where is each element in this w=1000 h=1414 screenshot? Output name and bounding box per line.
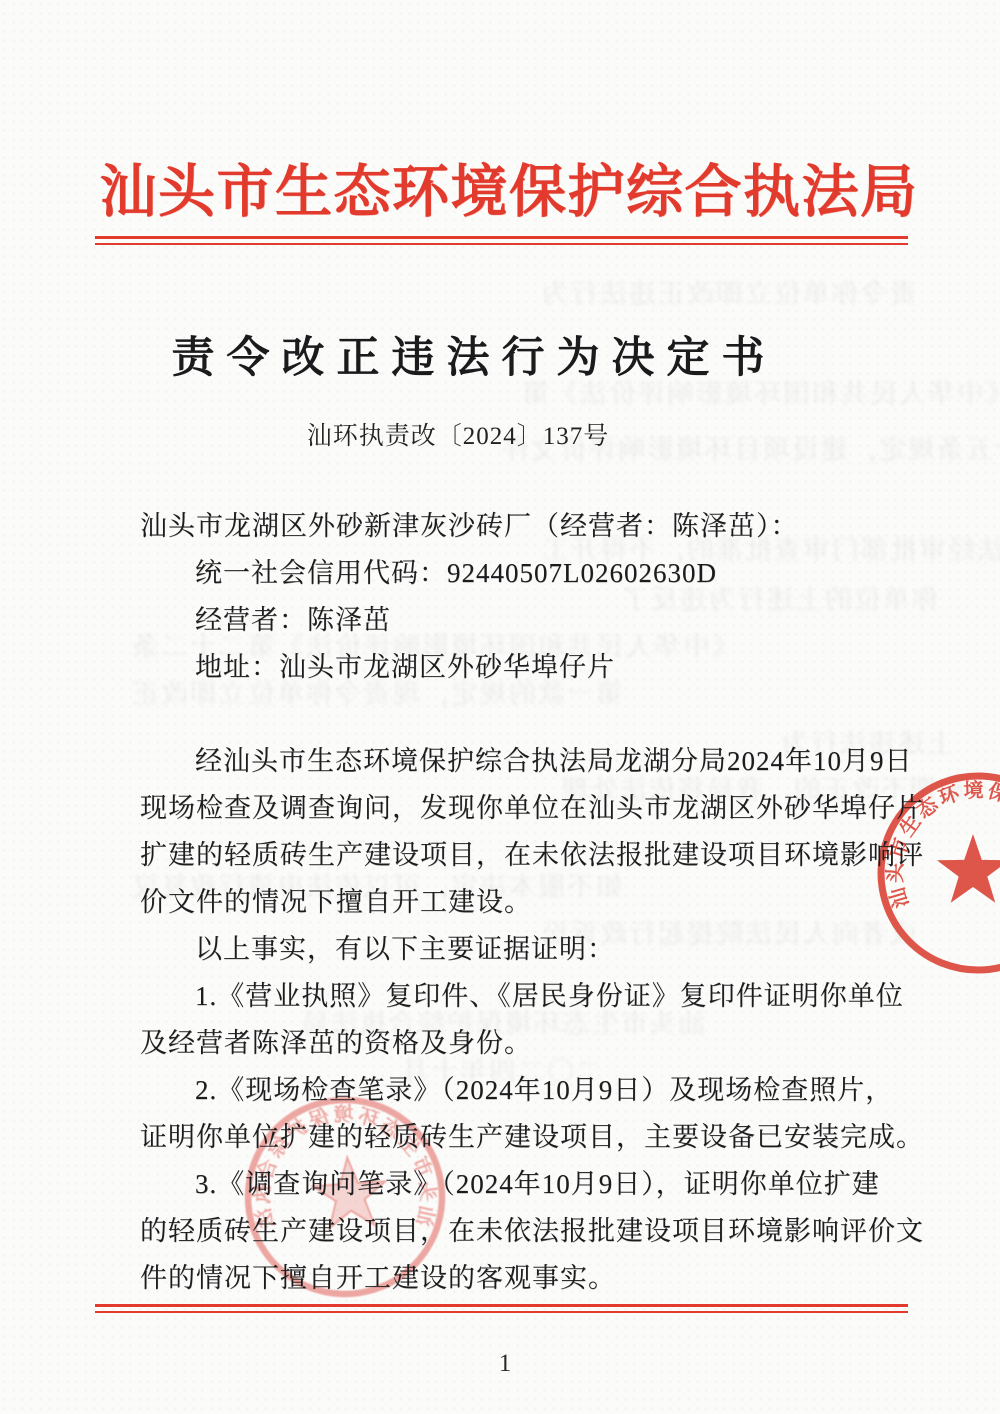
letterhead-agency-name: 汕头市生态环境保护综合执法局 — [9, 146, 1000, 228]
body-line: 经营者：陈泽茁 — [140, 597, 906, 644]
bleedthrough-text: 责令你单位立即改正违法行为 — [540, 272, 917, 311]
body-line: 以上事实，有以下主要证据证明： — [140, 926, 906, 973]
body-line-blank — [140, 691, 906, 738]
page-number: 1 — [5, 1350, 1000, 1378]
body-line: 件的情况下擅自开工建设的客观事实。 — [140, 1255, 906, 1302]
body-line: 扩建的轻质砖生产建设项目，在未依法报批建设项目环境影响评 — [140, 832, 906, 879]
document-title: 责令改正违法行为决定书 — [0, 324, 974, 385]
body-line: 现场检查及调查询问，发现你单位在汕头市龙湖区外砂华埠仔片 — [140, 785, 906, 832]
body-line: 1.《营业执照》复印件、《居民身份证》复印件证明你单位 — [140, 973, 906, 1020]
body-line: 地址：汕头市龙湖区外砂华埠仔片 — [140, 644, 906, 691]
letterhead-separator-line — [95, 236, 908, 245]
body-line: 汕头市龙湖区外砂新津灰沙砖厂（经营者：陈泽茁）： — [140, 503, 906, 550]
body-line: 经汕头市生态环境保护综合执法局龙湖分局2024年10月9日 — [140, 738, 906, 785]
document-number: 汕环执责改〔2024〕137号 — [0, 416, 958, 452]
body-line: 证明你单位扩建的轻质砖生产建设项目，主要设备已安装完成。 — [140, 1114, 906, 1161]
body-line: 的轻质砖生产建设项目，在未依法报批建设项目环境影响评价文 — [140, 1208, 906, 1255]
body-line: 价文件的情况下擅自开工建设。 — [140, 879, 906, 926]
body-lines: 汕头市龙湖区外砂新津灰沙砖厂（经营者：陈泽茁）：统一社会信用代码：9244050… — [140, 503, 906, 1302]
body-line: 3.《调查询问笔录》（2024年10月9日），证明你单位扩建 — [140, 1161, 906, 1208]
footer-separator-line — [95, 1304, 908, 1313]
body-line: 及经营者陈泽茁的资格及身份。 — [140, 1020, 906, 1067]
star-icon — [937, 834, 1000, 903]
body-line: 2.《现场检查笔录》（2024年10月9日）及现场检查照片， — [140, 1067, 906, 1114]
body-line: 统一社会信用代码：92440507L02602630D — [140, 550, 906, 597]
document-page: 责令你单位立即改正违法行为依据《中华人民共和国环境影响评价法》第二十五条规定，建… — [0, 0, 1000, 1414]
